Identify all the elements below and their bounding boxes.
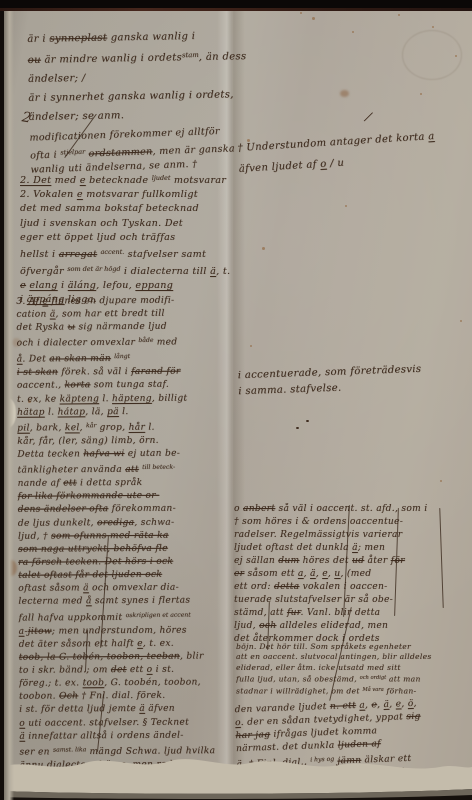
manuscript-line: fall hafva uppkommit oskripligen et acce… [18,608,234,625]
ring-stain [402,30,462,80]
foxing-spot [455,55,457,57]
manuscript-line: ljud i svenskan och Tyskan. Det [20,217,234,231]
manuscript-line: tänkligheter använda att till beteck- [17,460,233,477]
manuscript-line: och i dialecter omvexlar både med [17,334,233,351]
manuscript-line: ett ord: detta vokalen i oaccen- [234,581,472,594]
foxing-spot [250,345,252,347]
foxing-spot [460,320,462,322]
manuscript-line: toob, la G. tobén, toobon, teeban, blir [19,650,235,665]
foxing-spot [312,17,315,20]
manuscript-line: 2. Vokalen e motsvarar fullkomligt [20,188,234,202]
manuscript-line: eliderad, eller åtm. icke utsatd med sit… [236,663,472,673]
foxing-spot [440,480,442,482]
manuscript-line: böjn. Det hör till. Som språkets egenhet… [236,642,472,652]
left-paragraph-top: är i synneplast ganska wanlig iou är min… [27,26,247,127]
manuscript-page: är i synneplast ganska wanlig iou är min… [0,8,472,780]
manuscript-line: e elang i äláng, lefou, eppang [20,279,234,293]
manuscript-line: det med samma bokstaf betecknad [20,202,234,216]
item-2-paragraph: 2. Det med e betecknade ljudet motsvarar… [20,171,234,308]
left-paragraph-modification: modificationen förekommer ej alltförofta… [29,124,235,178]
foxing-spot [398,14,400,16]
ink-blotch [340,90,349,97]
manuscript-line: å. Det an skan män långt [17,350,233,367]
foxing-spot [300,12,302,14]
manuscript-line: pil, bark, kel, kår grop, hår l. [17,418,233,435]
ink-dot [306,420,309,422]
manuscript-line: fulla ljud, utan, så obestämd, och ordig… [236,673,472,685]
manuscript-line: öfvergår som det är högd i dialecterna t… [20,262,234,279]
manuscript-line: eger ett öppet ljud och träffas [20,231,234,245]
marginal-note-accentuerade: i accentuerade, som företrädesvisi samma… [237,362,422,400]
manuscript-line: ej sällan dum höres det ud åter för [234,555,472,568]
marginal-note-oaccent-small: böjn. Det hör till. Som språkets egenhet… [236,642,472,697]
foxing-spot [432,26,434,28]
bottom-page-edge [0,745,472,800]
page-edge-left [4,8,14,800]
foxing-spot [262,247,265,250]
manuscript-photo: är i synneplast ganska wanlig iou är min… [0,0,472,800]
manuscript-line: stadnar i willrädighet, om det Må vara f… [236,685,472,697]
manuscript-line: ljudet oftast det dunkla ä; men [234,542,472,555]
manuscript-line: stämd, att fur. Vanl. blir detta [234,607,472,620]
manuscript-line: är i synnerhet ganska wanlig i ordets, [28,85,247,108]
manuscript-line: † som höres i & ordens oaccentue- [234,516,472,529]
top-border-line [0,8,472,11]
binding-edge-left [0,0,4,800]
manuscript-line: er såsom ett a, ä, e, u, (med [234,568,472,581]
foxing-spot [345,205,347,207]
ink-dot [296,427,299,429]
item-3-paragraph: 3. Af e finnes en djupare modifi-cation … [16,294,236,799]
manuscript-line: ändelser; se anm. [29,104,248,127]
manuscript-line: hellst i arregat accent. stafvelser samt [20,245,234,262]
foxing-spot [420,93,422,95]
manuscript-line: ou är mindre wanlig i ordetsstam, än des… [28,45,247,70]
top-border [0,0,472,8]
manuscript-line: ljud, och alldeles eliderad, men [234,620,472,633]
manuscript-line: att en oaccent. slutvocal antingen, blir… [236,652,472,662]
manuscript-line: o anbert så väl i oaccent. st. afd., som… [234,503,472,516]
marginal-note-oaccent-upper: o anbert så väl i oaccent. st. afd., som… [234,503,472,646]
manuscript-line: radelser. Regelmässigtvis varierar [234,529,472,542]
manuscript-line: 2. Det med e betecknade ljudet motsvarar [20,171,234,188]
foxing-spot [352,31,354,33]
